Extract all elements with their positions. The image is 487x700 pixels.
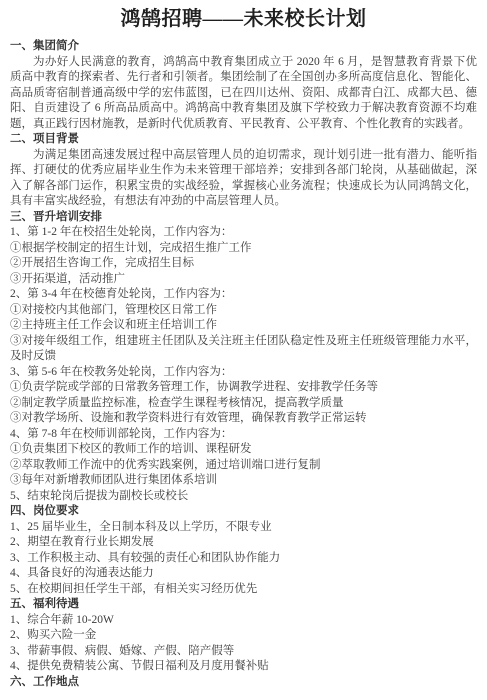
numbered-subitem: ①负责集团下校区的教师工作的培训、课程研发 — [10, 442, 477, 458]
numbered-item: 3、第 5-6 年在校教务处轮岗，工作内容为： — [10, 365, 477, 381]
numbered-item: 5、结束轮岗后提拔为副校长或校长 — [10, 489, 477, 505]
numbered-subitem: ①对接校内其他部门，管理校区日常工作 — [10, 303, 477, 319]
numbered-subitem: ②开展招生咨询工作，完成招生目标 — [10, 256, 477, 272]
paragraph-line: 挥、打硬仗的优秀应届毕业生作为未来管理干部培养；安排到各部门轮岗，从基础做起，深 — [10, 163, 477, 179]
section-heading: 五、福利待遇 — [10, 597, 477, 613]
paragraph-line: 阳、自贡建设了 6 所高品质高中。鸿鹄高中教育集团及旗下学校致力于解决教育资源不… — [10, 101, 477, 117]
numbered-item: 2、第 3-4 年在校德育处轮岗，工作内容为： — [10, 287, 477, 303]
paragraph-line: 及时反馈 — [10, 349, 477, 365]
numbered-item: 2、期望在教育行业长期发展 — [10, 535, 477, 551]
numbered-item: 3、带薪事假、病假、婚嫁、产假、陪产假等 — [10, 644, 477, 660]
paragraph-line: 入了解各部门运作，积累宝贵的实战经验，掌握核心业务流程；快速成长为认同鸿鹄文化， — [10, 179, 477, 195]
numbered-item: 1、第 1-2 年在校招生处轮岗，工作内容为： — [10, 225, 477, 241]
numbered-subitem: ①负责学院或学部的日常教务管理工作，协调教学进程、安排教学任务等 — [10, 380, 477, 396]
numbered-item: 4、第 7-8 年在校师训部轮岗，工作内容为： — [10, 427, 477, 443]
paragraph-line: 质高中教育的探索者、先行者和引领者。集团绘制了在全国创办多所高度信息化、智能化、 — [10, 70, 477, 86]
numbered-subitem: ②制定教学质量监控标准，检查学生课程考核情况，提高教学质量 — [10, 396, 477, 412]
numbered-subitem: ②主持班主任工作会议和班主任培训工作 — [10, 318, 477, 334]
section-heading: 三、晋升培训安排 — [10, 210, 477, 226]
numbered-subitem: ③对教学场所、设施和教学资料进行有效管理，确保教育教学正常运转 — [10, 411, 477, 427]
numbered-item: 1、综合年薪 10-20W — [10, 613, 477, 629]
document-body: 一、集团简介为办好人民满意的教育，鸿鹄高中教育集团成立于 2020 年 6 月，… — [10, 39, 477, 690]
section-heading: 一、集团简介 — [10, 39, 477, 55]
numbered-item: 4、提供免费精装公寓、节假日福利及月度用餐补贴 — [10, 659, 477, 675]
numbered-subitem: ②萃取教师工作流中的优秀实践案例，通过培训端口进行复制 — [10, 458, 477, 474]
document-page: 鸿鹄招聘——未来校长计划 一、集团简介为办好人民满意的教育，鸿鹄高中教育集团成立… — [0, 0, 487, 700]
section-heading: 四、岗位要求 — [10, 504, 477, 520]
paragraph-line: 为满足集团高速发展过程中高层管理人员的迫切需求，现计划引进一批有潜力、能听指 — [10, 148, 477, 164]
paragraph-line: 高品质寄宿制普通高级中学的宏伟蓝图，已在四川达州、资阳、成都青白江、成都大邑、德 — [10, 86, 477, 102]
paragraph-line: 为办好人民满意的教育，鸿鹄高中教育集团成立于 2020 年 6 月，是智慧教育背… — [10, 55, 477, 71]
numbered-subitem: ③对接年级组工作，组建班主任团队及关注班主任团队稳定性及班主任班级管理能力水平， — [10, 334, 477, 350]
numbered-subitem: ①根据学校制定的招生计划，完成招生推广工作 — [10, 241, 477, 257]
numbered-item: 1、25 届毕业生，全日制本科及以上学历，不限专业 — [10, 520, 477, 536]
numbered-subitem: ③每年对新增教师团队进行集团体系培训 — [10, 473, 477, 489]
numbered-item: 2、购买六险一金 — [10, 628, 477, 644]
document-title: 鸿鹄招聘——未来校长计划 — [10, 6, 477, 32]
numbered-item: 4、具备良好的沟通表达能力 — [10, 566, 477, 582]
section-heading: 六、工作地点 — [10, 675, 477, 691]
numbered-item: 5、在校期间担任学生干部，有相关实习经历优先 — [10, 582, 477, 598]
paragraph-line: 题，真正践行因材施教，是新时代优质教育、平民教育、公平教育、个性化教育的实践者。 — [10, 117, 477, 133]
section-heading: 二、项目背景 — [10, 132, 477, 148]
paragraph-line: 具有丰富实战经验，有想法有冲劲的中高层管理人员。 — [10, 194, 477, 210]
numbered-item: 3、工作积极主动、具有较强的责任心和团队协作能力 — [10, 551, 477, 567]
numbered-subitem: ③开拓渠道，活动推广 — [10, 272, 477, 288]
